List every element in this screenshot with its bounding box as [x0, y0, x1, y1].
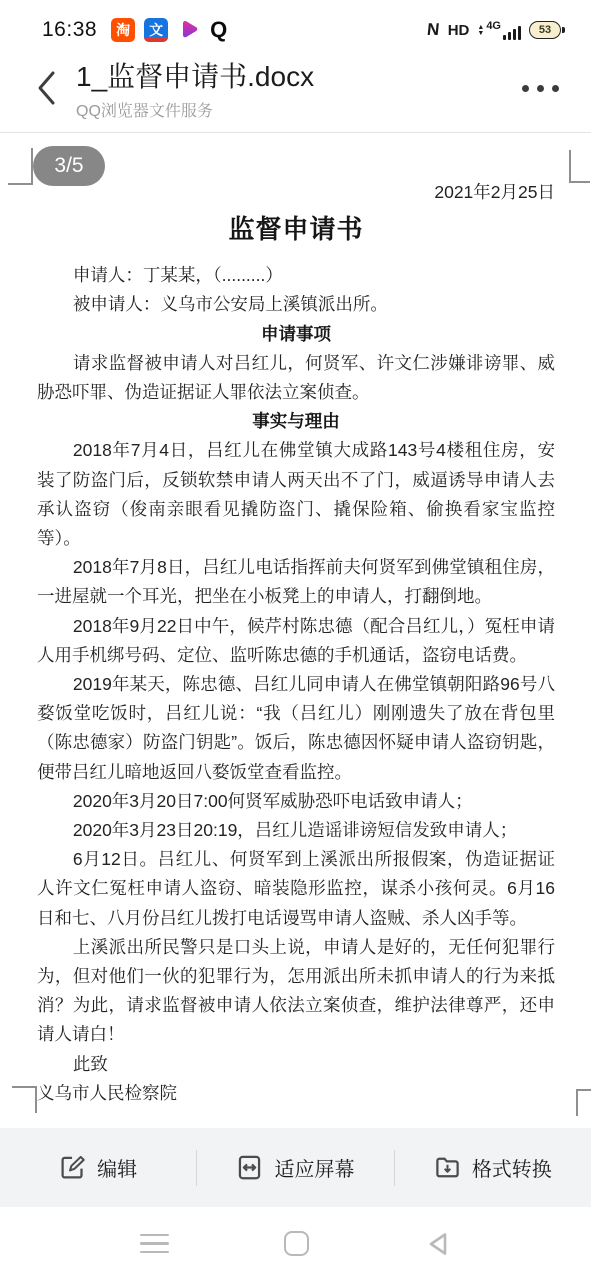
- format-convert-icon: [434, 1154, 461, 1181]
- recents-menu-icon[interactable]: [140, 1234, 169, 1254]
- clock: 16:38: [42, 18, 97, 42]
- doc-paragraph: 2019年某天，陈忠德、吕红儿同申请人在佛堂镇朝阳路96号八婺饭堂吃饭时，吕红儿…: [37, 670, 555, 787]
- page-corner-bottom-left: [12, 1086, 37, 1113]
- app-header: 1_监督申请书.docx QQ浏览器文件服务: [0, 52, 591, 133]
- doc-paragraph: 义乌市人民检察院: [37, 1079, 555, 1108]
- file-service-subtitle: QQ浏览器文件服务: [76, 98, 314, 121]
- home-icon[interactable]: [284, 1231, 309, 1256]
- battery-percent: 53: [539, 24, 551, 36]
- edit-button[interactable]: 编辑: [0, 1128, 196, 1207]
- taobao-app-icon: 淘: [111, 18, 135, 42]
- doc-paragraph: 申请事项: [37, 320, 555, 349]
- page-corner-top-left: [8, 148, 33, 185]
- edit-label: 编辑: [97, 1153, 137, 1182]
- format-convert-button[interactable]: 格式转换: [395, 1128, 591, 1207]
- more-menu-button[interactable]: [518, 75, 563, 102]
- android-nav-bar: [0, 1207, 591, 1280]
- doc-paragraph: 6月12日。吕红儿、何贤军到上溪派出所报假案，伪造证据证人许文仁冤枉申请人盗窃、…: [37, 845, 555, 933]
- doc-paragraph: 2018年7月4日，吕红儿在佛堂镇大成路143号4楼租住房，安装了防盗门后，反锁…: [37, 436, 555, 553]
- page-corner-bottom-right: [576, 1089, 591, 1116]
- doc-paragraph: 2021年2月25日: [37, 178, 555, 207]
- doc-paragraph: 请求监督被申请人对吕红儿，何贤军、许文仁涉嫌诽谤罪、威胁恐吓罪、伪造证据证人罪依…: [37, 349, 555, 407]
- bottom-toolbar: 编辑 适应屏幕 格式转换: [0, 1128, 591, 1207]
- header-titles: 1_监督申请书.docx QQ浏览器文件服务: [76, 55, 314, 121]
- doc-paragraph: 2020年3月23日20:19，吕红儿造谣诽谤短信发致申请人；: [37, 816, 555, 845]
- video-play-app-icon: [177, 18, 201, 42]
- nav-back-icon[interactable]: [424, 1230, 451, 1258]
- page-corner-top-right: [569, 150, 590, 183]
- fit-screen-button[interactable]: 适应屏幕: [197, 1128, 393, 1207]
- page-number-badge: 3/5: [33, 146, 105, 186]
- network-type-label: 4G: [486, 20, 501, 32]
- doc-paragraph: 监督申请书: [37, 210, 555, 248]
- docs-icon-ribbon: [144, 37, 168, 42]
- nfc-icon: N: [426, 20, 440, 40]
- phone-screen: 16:38 淘 文 Q N HD ▲▼: [0, 0, 591, 1280]
- doc-paragraph: 2018年9月22日中午，候芹村陈忠德（配合吕红儿，）冤枉申请人用手机绑号码、定…: [37, 612, 555, 670]
- battery-icon: 53: [529, 21, 561, 39]
- doc-paragraph: 事实与理由: [37, 407, 555, 436]
- doc-paragraph: 上溪派出所民警只是口头上说，申请人是好的，无任何犯罪行为，但对他们一伙的犯罪行为…: [37, 933, 555, 1050]
- back-button[interactable]: [36, 66, 66, 110]
- doc-paragraph: 2018年7月8日，吕红儿电话指挥前夫何贤军到佛堂镇租住房，一进屋就一个耳光，把…: [37, 553, 555, 611]
- data-arrows-icon: ▲▼: [477, 25, 484, 37]
- status-bar: 16:38 淘 文 Q N HD ▲▼: [0, 12, 591, 48]
- doc-body: 2021年2月25日监督申请书申请人：丁某某，（.........）被申请人：义…: [0, 134, 591, 1128]
- doc-paragraph: 此致: [37, 1050, 555, 1079]
- cellular-signal-icon: ▲▼ 4G: [477, 20, 521, 40]
- docs-app-icon: 文: [144, 18, 168, 42]
- doc-paragraph: 申请人：丁某某，（.........）: [37, 261, 555, 290]
- edit-icon: [59, 1154, 86, 1181]
- qq-browser-app-icon: Q: [210, 19, 227, 41]
- fit-screen-icon: [236, 1154, 263, 1181]
- signal-bars-icon: [503, 26, 521, 40]
- hd-volte-icon: HD: [448, 22, 470, 39]
- doc-paragraph: 2020年3月20日7:00何贤军威胁恐吓电话致申请人；: [37, 787, 555, 816]
- status-indicators: N HD ▲▼ 4G 53: [427, 20, 561, 40]
- taobao-glyph: 淘: [116, 20, 130, 40]
- notification-icons: 淘 文 Q: [111, 18, 227, 42]
- doc-paragraph: 被申请人：义乌市公安局上溪镇派出所。: [37, 290, 555, 319]
- file-title: 1_监督申请书.docx: [76, 55, 314, 95]
- fit-screen-label: 适应屏幕: [274, 1153, 354, 1182]
- format-convert-label: 格式转换: [472, 1153, 552, 1182]
